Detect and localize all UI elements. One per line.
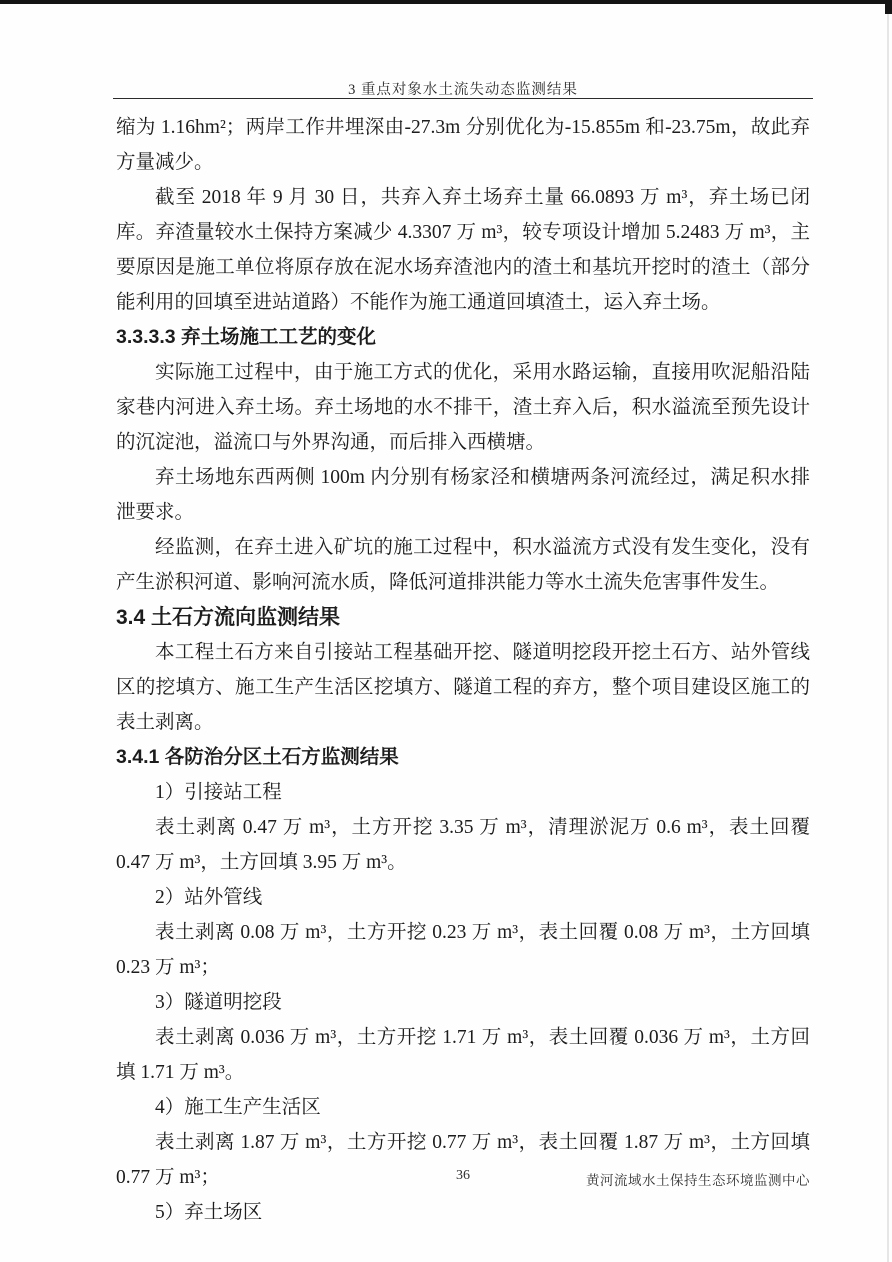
scan-artifact-right-line [887,0,889,1262]
heading-3-4-1: 3.4.1 各防治分区土石方监测结果 [116,740,810,775]
list-item-1-detail: 表土剥离 0.47 万 m³，土方开挖 3.35 万 m³，清理淤泥万 0.6 … [116,810,810,880]
list-item-4-title: 4）施工生产生活区 [116,1090,810,1125]
list-item-3-detail: 表土剥离 0.036 万 m³，土方开挖 1.71 万 m³，表土回覆 0.03… [116,1020,810,1090]
list-item-1-title: 1）引接站工程 [116,775,810,810]
paragraph: 实际施工过程中，由于施工方式的优化，采用水路运输，直接用吹泥船沿陆家巷内河进入弃… [116,355,810,460]
paragraph: 截至 2018 年 9 月 30 日，共弃入弃土场弃土量 66.0893 万 m… [116,180,810,320]
page-header-title: 3 重点对象水土流失动态监测结果 [116,78,810,99]
document-body: 缩为 1.16hm²；两岸工作井埋深由-27.3m 分别优化为-15.855m … [116,110,810,1230]
list-item-2-title: 2）站外管线 [116,880,810,915]
footer-page-number: 36 [456,1168,470,1184]
document-page: 3 重点对象水土流失动态监测结果 缩为 1.16hm²；两岸工作井埋深由-27.… [0,0,892,1262]
paragraph: 经监测，在弃土进入矿坑的施工过程中，积水溢流方式没有发生变化，没有产生淤积河道、… [116,530,810,600]
list-item-3-title: 3）隧道明挖段 [116,985,810,1020]
paragraph: 缩为 1.16hm²；两岸工作井埋深由-27.3m 分别优化为-15.855m … [116,110,810,180]
heading-3-3-3-3: 3.3.3.3 弃土场施工工艺的变化 [116,320,810,355]
scan-artifact-right-corner [885,0,892,14]
scan-artifact-top-bar [0,0,892,4]
heading-3-4: 3.4 土石方流向监测结果 [116,600,810,635]
list-item-2-detail: 表土剥离 0.08 万 m³，土方开挖 0.23 万 m³，表土回覆 0.08 … [116,915,810,985]
page-footer: 36 黄河流域水土保持生态环境监测中心 [116,1168,810,1190]
list-item-5-title: 5）弃土场区 [116,1195,810,1230]
footer-organization: 黄河流域水土保持生态环境监测中心 [586,1169,810,1189]
paragraph: 本工程土石方来自引接站工程基础开挖、隧道明挖段开挖土石方、站外管线区的挖填方、施… [116,635,810,740]
page-header-rule [113,98,813,99]
paragraph: 弃土场地东西两侧 100m 内分别有杨家泾和横塘两条河流经过，满足积水排泄要求。 [116,460,810,530]
